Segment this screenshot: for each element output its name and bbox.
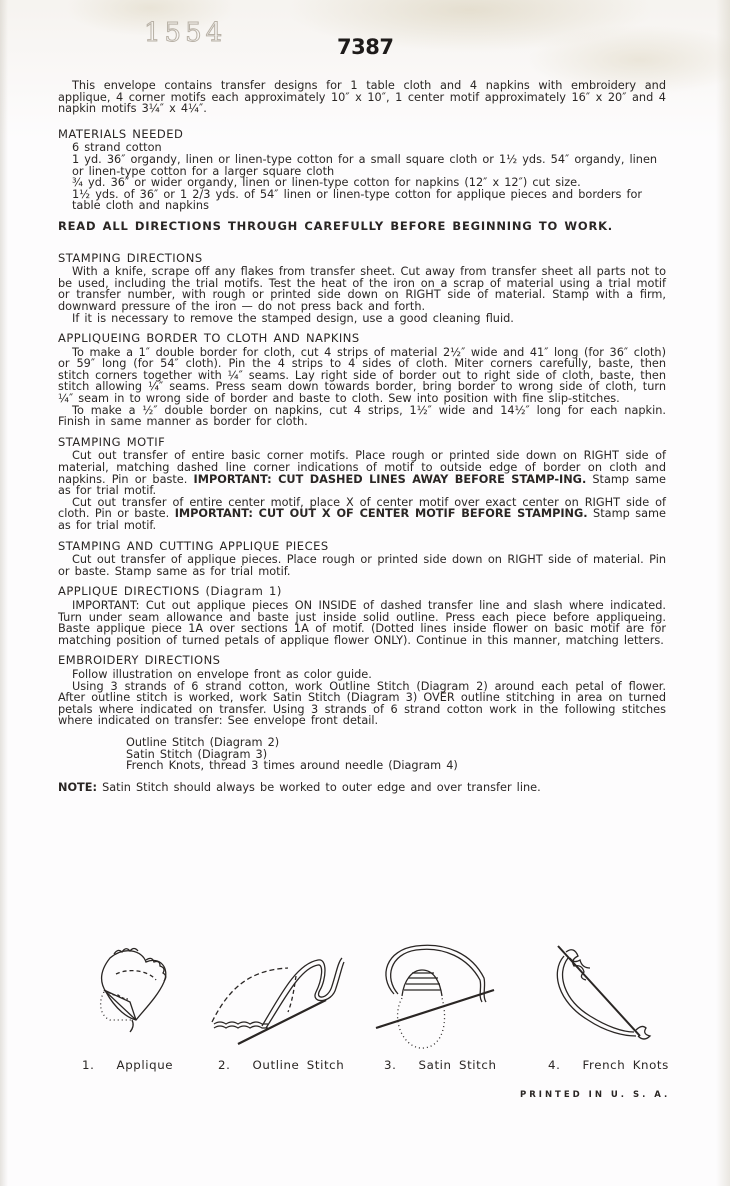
diagram-caption: 4. French Knots — [548, 1058, 669, 1072]
applique-pieces-section: STAMPING AND CUTTING APPLIQUE PIECES Cut… — [58, 541, 666, 578]
stamping-directions-paragraph: With a knife, scrape off any flakes from… — [58, 266, 666, 312]
stitch-diagrams: 1. Applique 2. Outline Stitch 3. Satin S… — [78, 940, 678, 1080]
materials-section: MATERIALS NEEDED 6 strand cotton 1 yd. 3… — [58, 129, 666, 212]
intro-paragraph: This envelope contains transfer designs … — [58, 80, 666, 115]
embroidery-section: EMBROIDERY DIRECTIONS Follow illustratio… — [58, 655, 666, 771]
important-notice: IMPORTANT: CUT OUT X OF CENTER MOTIF BEF… — [175, 507, 588, 520]
diagram-caption: 1. Applique — [82, 1058, 173, 1072]
outline-stitch-icon — [208, 940, 358, 1045]
satin-stitch-icon — [368, 940, 503, 1050]
note-label: NOTE: — [58, 781, 97, 794]
applique-pieces-paragraph: Cut out transfer of applique pieces. Pla… — [58, 554, 666, 577]
embossed-stamp-number: 1554 — [144, 18, 226, 48]
applique-directions-section: APPLIQUE DIRECTIONS (Diagram 1) IMPORTAN… — [58, 586, 666, 646]
material-item: ¾ yd. 36″ or wider organdy, linen or lin… — [72, 177, 666, 189]
border-heading: APPLIQUEING BORDER TO CLOTH AND NAPKINS — [58, 333, 666, 345]
diagram-caption: 2. Outline Stitch — [218, 1058, 344, 1072]
applique-heart-icon — [88, 940, 178, 1040]
pattern-number: 7387 — [337, 35, 393, 59]
diagram-satin-stitch: 3. Satin Stitch — [368, 940, 503, 1050]
border-paragraph: To make a 1″ double border for cloth, cu… — [58, 347, 666, 405]
materials-heading: MATERIALS NEEDED — [58, 129, 666, 141]
diagram-applique: 1. Applique — [88, 940, 178, 1040]
french-knot-icon — [548, 940, 658, 1045]
stamping-directions-section: STAMPING DIRECTIONS With a knife, scrape… — [58, 253, 666, 325]
paper-edge-left — [0, 0, 8, 1186]
stitch-item: French Knots, thread 3 times around need… — [126, 760, 666, 772]
stitch-list: Outline Stitch (Diagram 2) Satin Stitch … — [126, 737, 666, 772]
diagram-outline-stitch: 2. Outline Stitch — [208, 940, 358, 1045]
paper-edge-right — [716, 0, 730, 1186]
border-section: APPLIQUEING BORDER TO CLOTH AND NAPKINS … — [58, 333, 666, 428]
instructions-body: This envelope contains transfer designs … — [58, 80, 666, 793]
embroidery-paragraph: Using 3 strands of 6 strand cotton, work… — [58, 681, 666, 727]
stitch-item: Outline Stitch (Diagram 2) — [126, 737, 666, 749]
stamping-motif-paragraph: Cut out transfer of entire center motif,… — [58, 497, 666, 532]
embroidery-heading: EMBROIDERY DIRECTIONS — [58, 655, 666, 667]
applique-directions-heading: APPLIQUE DIRECTIONS (Diagram 1) — [58, 586, 666, 598]
material-item: 1½ yds. of 36″ or 1 2/3 yds. of 54″ line… — [72, 189, 666, 212]
stamping-motif-section: STAMPING MOTIF Cut out transfer of entir… — [58, 437, 666, 532]
read-all-warning: READ ALL DIRECTIONS THROUGH CAREFULLY BE… — [58, 221, 666, 233]
diagram-caption: 3. Satin Stitch — [384, 1058, 497, 1072]
printed-in-usa: PRINTED IN U. S. A. — [520, 1090, 670, 1100]
note: NOTE: Satin Stitch should always be work… — [58, 782, 666, 794]
important-notice: IMPORTANT: CUT DASHED LINES AWAY BEFORE … — [194, 473, 587, 486]
material-item: 1 yd. 36″ organdy, linen or linen-type c… — [72, 154, 666, 177]
diagram-french-knots: 4. French Knots — [548, 940, 658, 1045]
applique-pieces-heading: STAMPING AND CUTTING APPLIQUE PIECES — [58, 541, 666, 553]
stamping-directions-paragraph: If it is necessary to remove the stamped… — [58, 313, 666, 325]
stamping-motif-paragraph: Cut out transfer of entire basic corner … — [58, 450, 666, 496]
stamping-directions-heading: STAMPING DIRECTIONS — [58, 253, 666, 265]
border-paragraph: To make a ½″ double border on napkins, c… — [58, 405, 666, 428]
stamping-motif-heading: STAMPING MOTIF — [58, 437, 666, 449]
applique-directions-paragraph: IMPORTANT: Cut out applique pieces ON IN… — [58, 600, 666, 646]
